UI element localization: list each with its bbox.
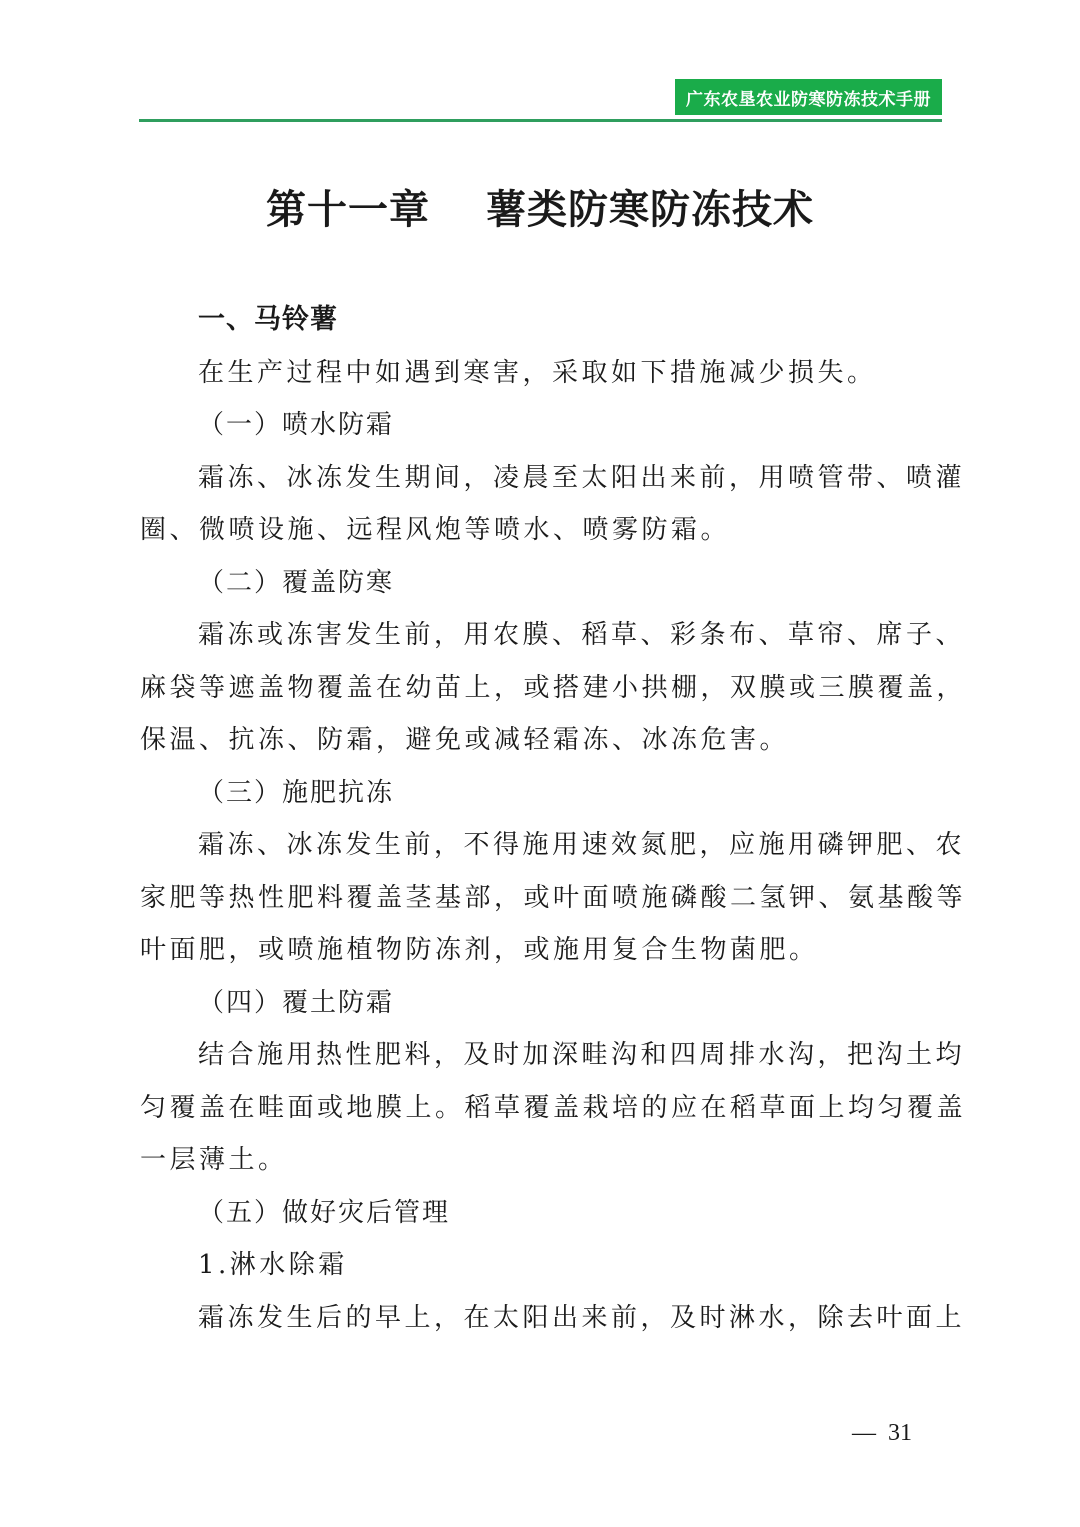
subsection-heading-5: （五）做好灾后管理 [140, 1187, 942, 1240]
paragraph-line: 家肥等热性肥料覆盖茎基部，或叶面喷施磷酸二氢钾、氨基酸等 [140, 872, 942, 925]
page-number: — 31 [852, 1420, 912, 1447]
running-header-text: 广东农垦农业防寒防冻技术手册 [686, 85, 931, 110]
header-divider [139, 119, 942, 122]
paragraph-line: 麻袋等遮盖物覆盖在幼苗上，或搭建小拱棚，双膜或三膜覆盖， [140, 662, 942, 715]
paragraph-line: 霜冻发生后的早上，在太阳出来前，及时淋水，除去叶面上 [140, 1292, 942, 1345]
paragraph-line: 霜冻、冰冻发生前，不得施用速效氮肥，应施用磷钾肥、农 [140, 819, 942, 872]
paragraph-line: 保温、抗冻、防霜，避免或减轻霜冻、冰冻危害。 [140, 714, 942, 767]
running-header-banner: 广东农垦农业防寒防冻技术手册 [675, 79, 942, 115]
paragraph-line: 一层薄土。 [140, 1134, 942, 1187]
chapter-title: 第十一章 薯类防寒防冻技术 [0, 178, 1080, 235]
subsection-heading-2: （二）覆盖防寒 [140, 557, 942, 610]
subsection-heading-3: （三）施肥抗冻 [140, 767, 942, 820]
subsection-heading-1: （一）喷水防霜 [140, 399, 942, 452]
paragraph-line: 叶面肥，或喷施植物防冻剂，或施用复合生物菌肥。 [140, 924, 942, 977]
intro-paragraph: 在生产过程中如遇到寒害，采取如下措施减少损失。 [140, 347, 942, 400]
paragraph-line: 匀覆盖在畦面或地膜上。稻草覆盖栽培的应在稻草面上均匀覆盖 [140, 1082, 942, 1135]
paragraph-line: 结合施用热性肥料，及时加深畦沟和四周排水沟，把沟土均 [140, 1029, 942, 1082]
paragraph-line: 霜冻、冰冻发生期间，凌晨至太阳出来前，用喷管带、喷灌 [140, 452, 942, 505]
paragraph-line: 霜冻或冻害发生前，用农膜、稻草、彩条布、草帘、席子、 [140, 609, 942, 662]
item-title: 1.淋水除霜 [140, 1239, 942, 1292]
section-title: 一、马铃薯 [140, 294, 942, 347]
page-body: 一、马铃薯 在生产过程中如遇到寒害，采取如下措施减少损失。 （一）喷水防霜 霜冻… [140, 294, 942, 1344]
paragraph-line: 圈、微喷设施、远程风炮等喷水、喷雾防霜。 [140, 504, 942, 557]
subsection-heading-4: （四）覆土防霜 [140, 977, 942, 1030]
